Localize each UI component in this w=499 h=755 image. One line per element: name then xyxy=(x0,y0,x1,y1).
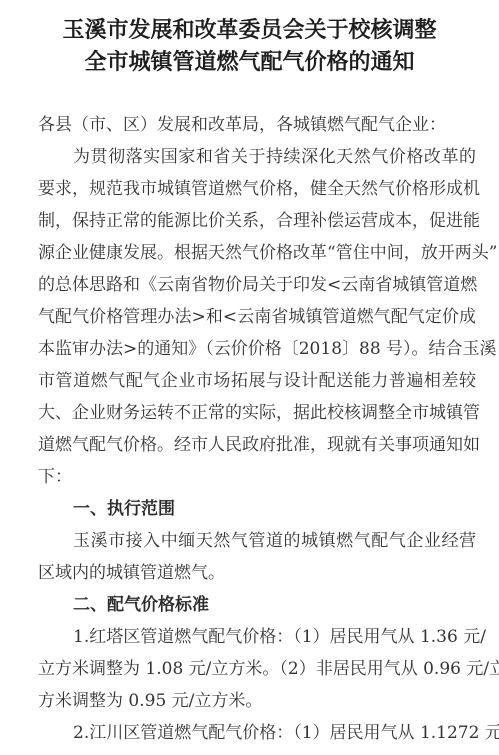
intro-line: 市管道燃气配气企业市场拓展与设计配送能力普遍相差较 xyxy=(38,365,476,397)
intro-line: 要求，规范我市城镇管道燃气价格，健全天然气价格形成机 xyxy=(38,173,476,205)
intro-line: 制，保持正常的能源比价关系，合理补偿运营成本，促进能 xyxy=(38,205,476,237)
document-page: 玉溪市发展和改革委员会关于校核调整 全市城镇管道燃气配气价格的通知 各县（市、区… xyxy=(0,0,499,755)
intro-line: 的总体思路和《云南省物价局关于印发<云南省城镇管道燃 xyxy=(38,269,476,301)
price-item-line: 方米调整为 0.95 元/立方米。 xyxy=(38,685,476,717)
intro-line: 大、企业财务运转不正常的实际，据此校核调整全市城镇管 xyxy=(38,397,476,429)
price-item-line: 立方米调整为 1.08 元/立方米。（2）非居民用气从 0.96 元/立 xyxy=(38,653,476,685)
price-item-line: 1.红塔区管道燃气配气价格：（1）居民用气从 1.36 元/ xyxy=(73,621,476,653)
intro-line: 本监审办法>的通知》（云价价格〔2018〕88 号）。结合玉溪 xyxy=(38,333,476,365)
intro-line: 下： xyxy=(38,461,476,493)
section-line: 玉溪市接入中缅天然气管道的城镇燃气配气企业经营 xyxy=(73,525,476,557)
document-title-line-1: 玉溪市发展和改革委员会关于校核调整 xyxy=(0,14,499,46)
section-line: 区域内的城镇管道燃气。 xyxy=(38,557,476,589)
intro-line: 源企业健康发展。根据天然气价格改革“管住中间，放开两头” xyxy=(38,237,476,269)
intro-line: 道燃气配气价格。经市人民政府批准，现就有关事项通知如 xyxy=(38,429,476,461)
document-title-line-2: 全市城镇管道燃气配气价格的通知 xyxy=(0,46,499,78)
intro-line: 为贯彻落实国家和省关于持续深化天然气价格改革的 xyxy=(73,141,476,173)
price-item-line: 2.江川区管道燃气配气价格：（1）居民用气从 1.1272 元 xyxy=(73,717,476,749)
salutation: 各县（市、区）发展和改革局，各城镇燃气配气企业： xyxy=(38,109,476,141)
section-heading-price-standard: 二、配气价格标准 xyxy=(73,589,209,621)
section-heading-scope: 一、执行范围 xyxy=(73,493,175,525)
intro-line: 气配气价格管理办法>和<云南省城镇管道燃气配气定价成 xyxy=(38,301,476,333)
